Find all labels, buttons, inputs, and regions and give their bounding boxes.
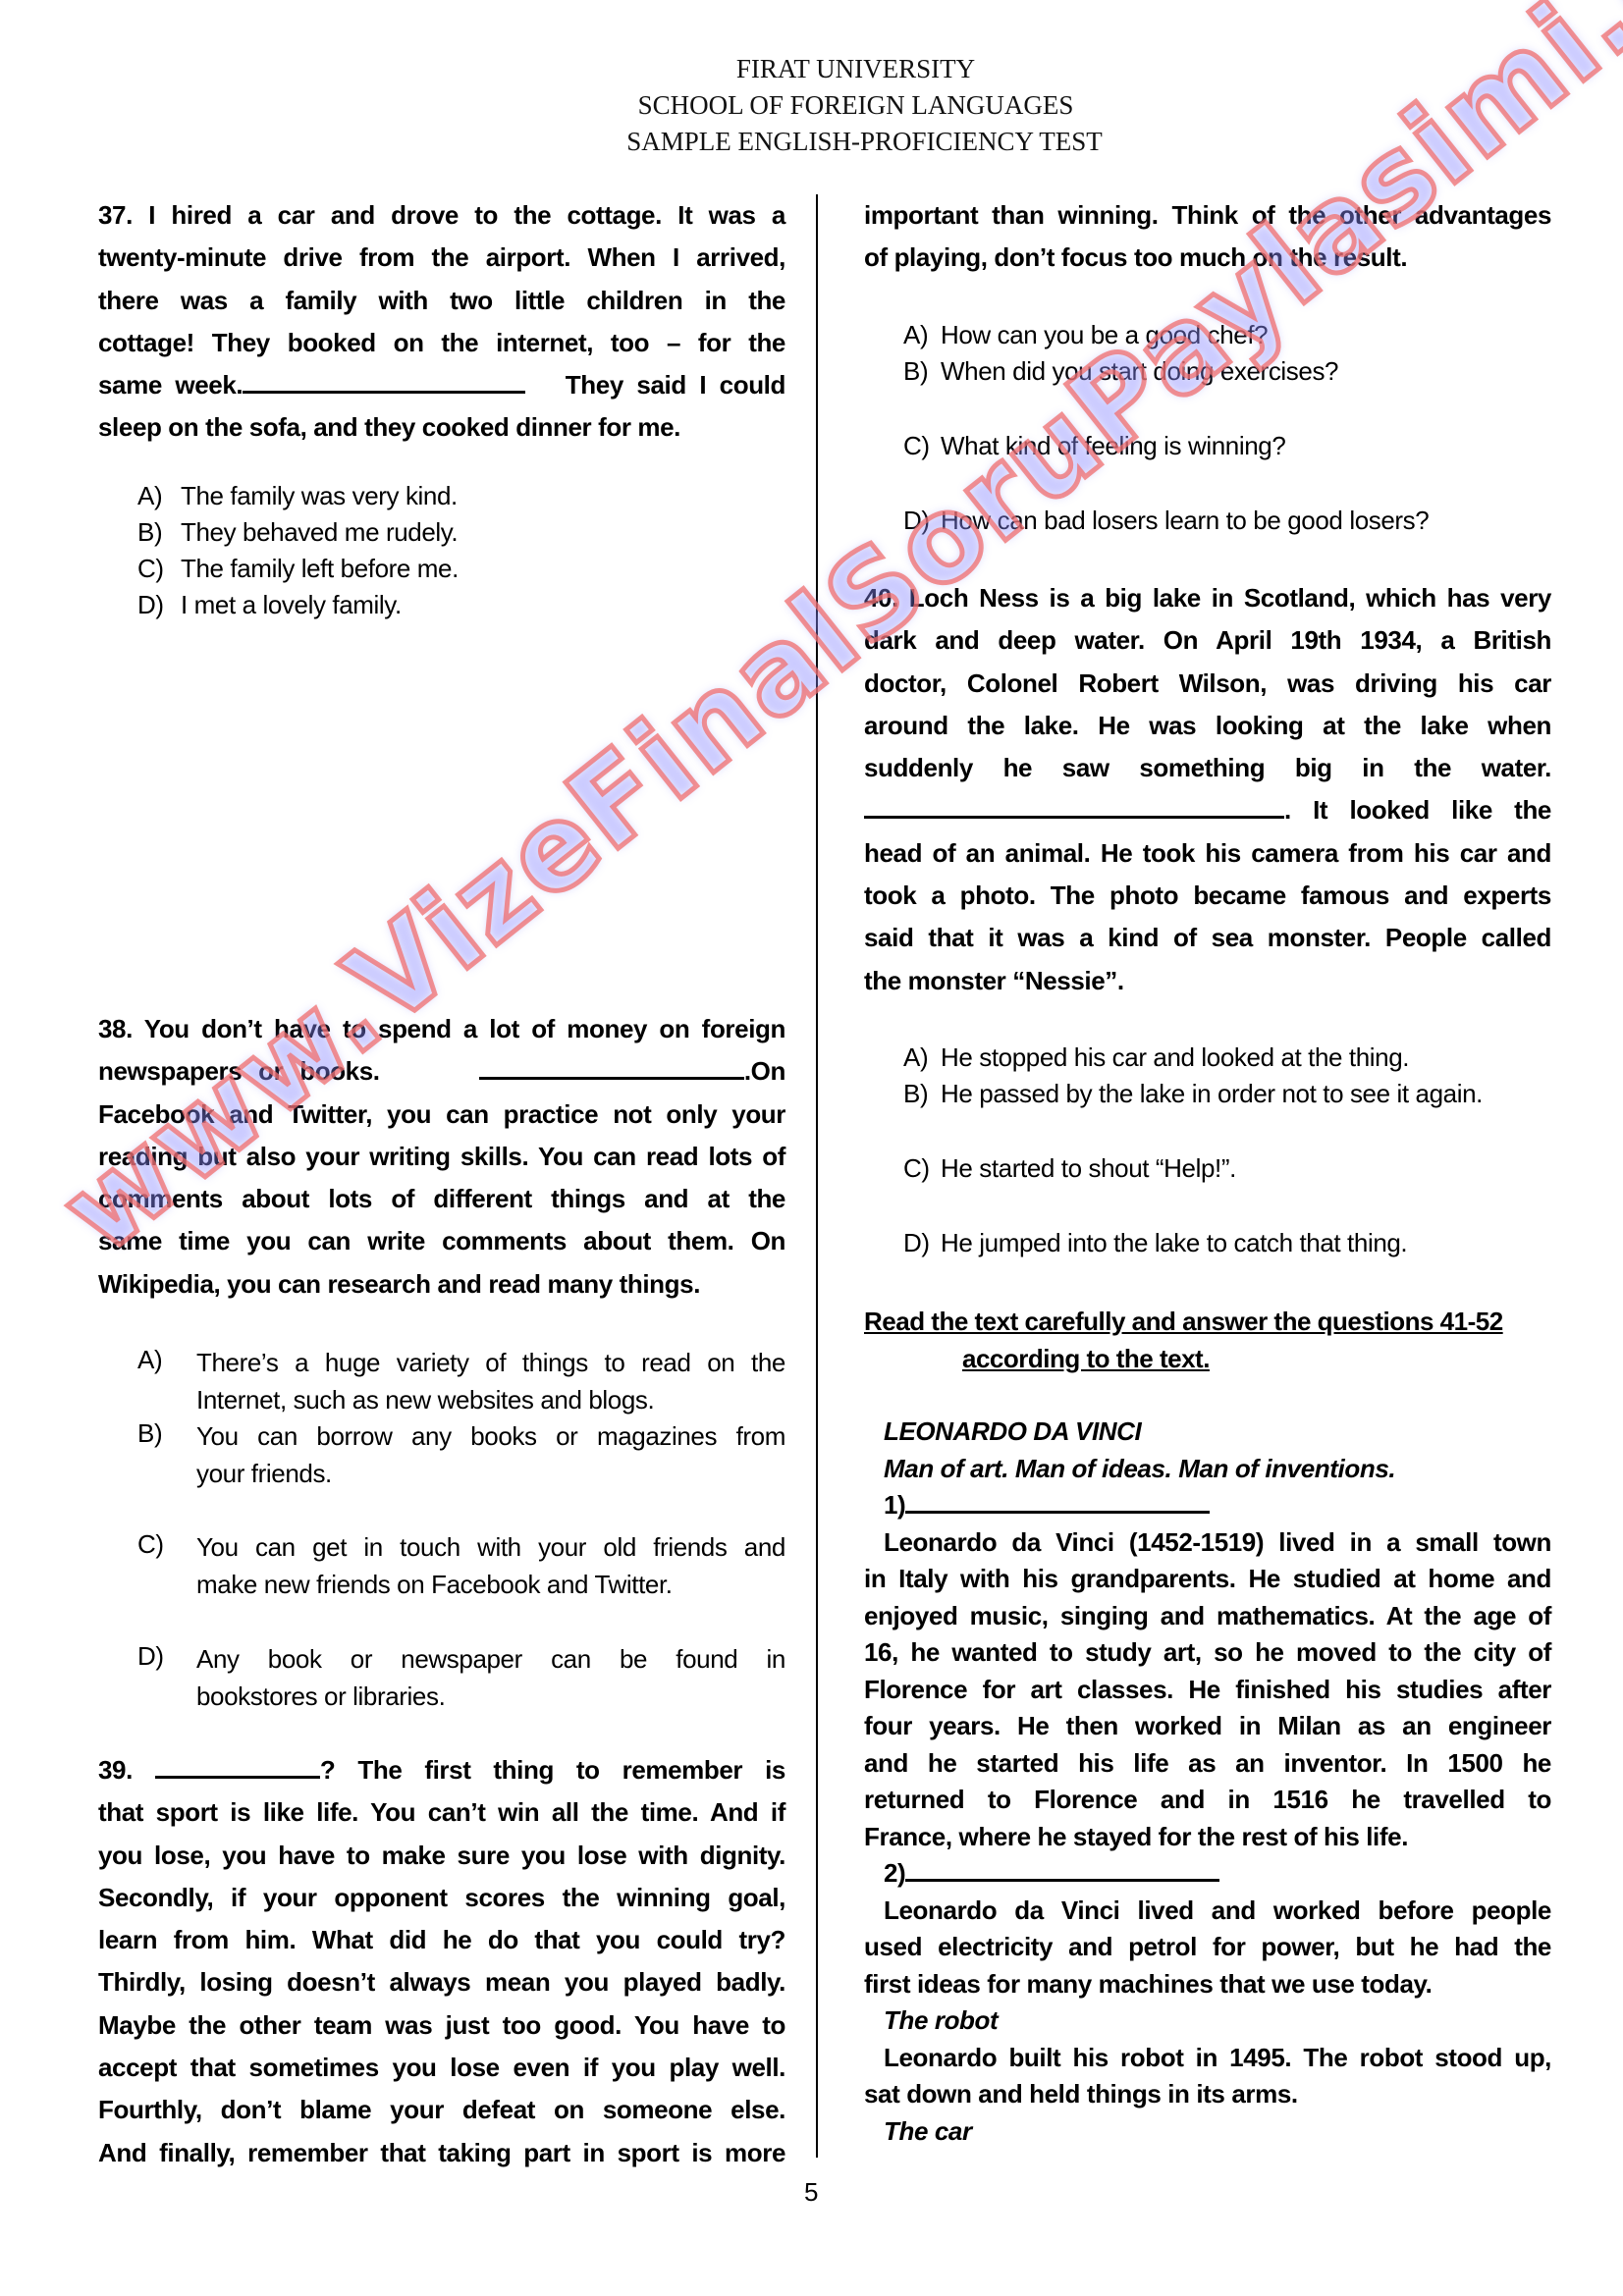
car-heading: The car: [864, 2113, 1551, 2151]
school-name: SCHOOL OF FOREIGN LANGUAGES: [0, 87, 1623, 124]
heading-blank-1: 1): [864, 1487, 1551, 1524]
reading-instruction: Read the text carefully and answer the q…: [864, 1304, 1551, 1377]
option-d[interactable]: D)I met a lovely family.: [137, 590, 402, 620]
option-a[interactable]: A)He stopped his car and looked at the t…: [903, 1042, 1409, 1073]
option-b[interactable]: B) You can borrow any books or magazines…: [137, 1418, 785, 1492]
option-c[interactable]: C) You can get in touch with your old fr…: [137, 1529, 785, 1603]
answer-blank: [155, 1752, 320, 1779]
page-number: 5: [804, 2177, 818, 2208]
robot-heading: The robot: [864, 2002, 1551, 2040]
option-c[interactable]: C)The family left before me.: [137, 554, 459, 584]
question-40-stem: 40. Loch Ness is a big lake in Scotland,…: [864, 577, 1551, 1002]
question-39-stem-continued: important than winning. Think of the oth…: [864, 194, 1551, 280]
option-c[interactable]: C)What kind of feeling is winning?: [903, 431, 1285, 461]
reading-passage: LEONARDO DA VINCI Man of art. Man of ide…: [864, 1414, 1551, 2150]
option-d[interactable]: D)He jumped into the lake to catch that …: [903, 1228, 1407, 1258]
option-b[interactable]: B)They behaved me rudely.: [137, 517, 458, 548]
option-b[interactable]: B)He passed by the lake in order not to …: [903, 1079, 1483, 1109]
option-a[interactable]: A) There’s a huge variety of things to r…: [137, 1345, 785, 1418]
answer-blank: [905, 1857, 1219, 1882]
option-d[interactable]: D)How can bad losers learn to be good lo…: [903, 506, 1429, 536]
option-b[interactable]: B)When did you start doing exercises?: [903, 356, 1338, 387]
option-a[interactable]: A)How can you be a good chef?: [903, 320, 1268, 350]
option-a[interactable]: A)The family was very kind.: [137, 481, 458, 511]
question-37-stem: 37. I hired a car and drove to the cotta…: [98, 194, 785, 450]
option-d[interactable]: D) Any book or newspaper can be found in…: [137, 1641, 785, 1715]
passage-title: LEONARDO DA VINCI: [864, 1414, 1551, 1451]
question-39-stem: 39. ? The first thing to remember is tha…: [98, 1749, 785, 2174]
passage-subtitle: Man of art. Man of ideas. Man of inventi…: [864, 1451, 1551, 1488]
university-name: FIRAT UNIVERSITY: [0, 51, 1623, 87]
option-c[interactable]: C)He started to shout “Help!”.: [903, 1153, 1236, 1184]
question-38-stem: 38. You don’t have to spend a lot of mon…: [98, 1008, 785, 1306]
answer-blank: [243, 367, 525, 394]
heading-blank-2: 2): [864, 1855, 1551, 1893]
answer-blank: [864, 792, 1284, 819]
column-divider: [816, 194, 818, 2158]
answer-blank: [905, 1489, 1210, 1514]
document-header: FIRAT UNIVERSITY SCHOOL OF FOREIGN LANGU…: [0, 51, 1623, 160]
test-title: SAMPLE ENGLISH-PROFICIENCY TEST: [0, 124, 1623, 160]
answer-blank: [479, 1053, 744, 1080]
